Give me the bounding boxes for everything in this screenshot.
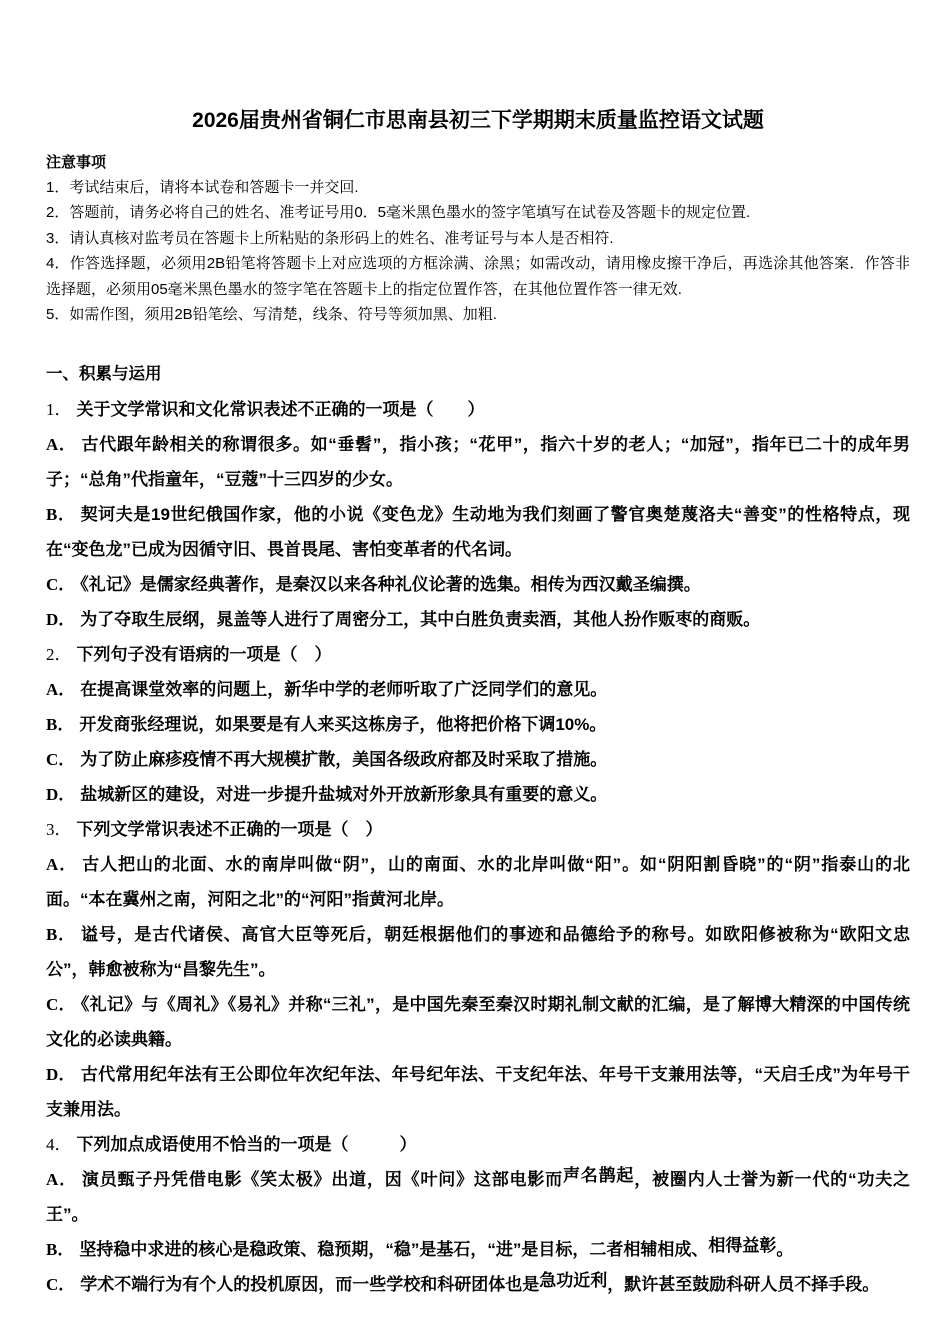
option-label-b: B． — [46, 925, 81, 944]
question-2-option-c: C．为了防止麻疹疫情不再大规模扩散，美国各级政府都及时采取了措施。 — [46, 742, 910, 777]
emphasis-idiom: 声名鹊起 — [563, 1166, 634, 1185]
question-4-stem-text: 下列加点成语使用不恰当的一项是（ ） — [77, 1135, 417, 1154]
exam-paper-page: 2026届贵州省铜仁市思南县初三下学期期末质量监控语文试题 注意事项 1．考试结… — [0, 0, 950, 1344]
option-text: 《礼记》是儒家经典著作，是秦汉以来各种礼仪论著的选集。相传为西汉戴圣编撰。 — [80, 575, 701, 594]
option-text: 《礼记》与《周礼》《易礼》并称“三礼”，是中国先秦至秦汉时期礼制文献的汇编，是了… — [46, 995, 910, 1049]
option-text: 谥号，是古代诸侯、高官大臣等死后，朝廷根据他们的事迹和品德给予的称号。如欧阳修被… — [46, 925, 910, 979]
question-2-option-d: D．盐城新区的建设，对进一步提升盐城对外开放新形象具有重要的意义。 — [46, 777, 910, 812]
option-label-a: A． — [46, 1170, 82, 1189]
option-label-a: A． — [46, 680, 80, 699]
question-3-option-c: C．《礼记》与《周礼》《易礼》并称“三礼”，是中国先秦至秦汉时期礼制文献的汇编，… — [46, 987, 910, 1057]
option-text: 古代跟年龄相关的称谓很多。如“垂髫”，指小孩；“花甲”，指六十岁的老人；“加冠”… — [46, 435, 910, 489]
question-2-option-a: A．在提高课堂效率的问题上，新华中学的老师听取了广泛同学们的意见。 — [46, 672, 910, 707]
notice-item-3: 3．请认真核对监考员在答题卡上所粘贴的条形码上的姓名、准考证号与本人是否相符. — [46, 226, 910, 251]
question-4-number: 4． — [46, 1135, 77, 1154]
question-3-stem: 3．下列文学常识表述不正确的一项是（ ） — [46, 812, 910, 847]
option-text: 为了夺取生辰纲，晁盖等人进行了周密分工，其中白胜负责卖酒，其他人扮作贩枣的商贩。 — [80, 610, 760, 629]
option-label-d: D． — [46, 610, 80, 629]
question-2-stem: 2．下列句子没有语病的一项是（ ） — [46, 637, 910, 672]
option-text: 演员甄子丹凭借电影《笑太极》出道，因《叶问》这部电影而 — [82, 1170, 563, 1189]
notice-item-1: 1．考试结束后，请将本试卷和答题卡一并交回. — [46, 175, 910, 200]
option-text: 在提高课堂效率的问题上，新华中学的老师听取了广泛同学们的意见。 — [80, 680, 607, 699]
exam-title: 2026届贵州省铜仁市思南县初三下学期期末质量监控语文试题 — [46, 106, 910, 136]
option-text: 。 — [776, 1240, 793, 1259]
question-1-option-a: A．古代跟年龄相关的称谓很多。如“垂髫”，指小孩；“花甲”，指六十岁的老人；“加… — [46, 427, 910, 497]
question-3-option-d: D．古代常用纪年法有王公即位年次纪年法、年号纪年法、干支纪年法、年号干支兼用法等… — [46, 1057, 910, 1127]
option-label-a: A． — [46, 855, 82, 874]
option-text: 学术不端行为有个人的投机原因，而一些学校和科研团体也是 — [80, 1275, 539, 1294]
option-text: ，默许甚至鼓励科研人员不择手段。 — [607, 1275, 879, 1294]
option-text: 开发商张经理说，如果要是有人来买这栋房子，他将把价格下调10%。 — [79, 715, 606, 734]
emphasis-idiom: 相得益彰 — [708, 1236, 776, 1255]
option-label-c: C． — [46, 750, 80, 769]
option-text: 古人把山的北面、水的南岸叫做“阴”，山的南面、水的北岸叫做“阳”。如“阴阳割昏晓… — [46, 855, 910, 909]
notice-section: 注意事项 1．考试结束后，请将本试卷和答题卡一并交回. 2．答题前，请务必将自己… — [46, 150, 910, 327]
notice-item-4: 4．作答选择题，必须用2B铅笔将答题卡上对应选项的方框涂满、涂黑；如需改动，请用… — [46, 251, 910, 302]
option-label-c: C． — [46, 995, 81, 1014]
question-1-stem: 1．关于文学常识和文化常识表述不正确的一项是（ ） — [46, 392, 910, 427]
question-2-stem-text: 下列句子没有语病的一项是（ ） — [77, 645, 332, 664]
notice-item-5: 5．如需作图，须用2B铅笔绘、写清楚，线条、符号等须加黑、加粗. — [46, 302, 910, 327]
question-4-option-a: A．演员甄子丹凭借电影《笑太极》出道，因《叶问》这部电影而声名鹊起，被圈内人士誉… — [46, 1162, 910, 1232]
option-label-c: C． — [46, 1275, 80, 1294]
question-1-number: 1． — [46, 400, 77, 419]
option-text: 为了防止麻疹疫情不再大规模扩散，美国各级政府都及时采取了措施。 — [80, 750, 607, 769]
question-4-stem: 4．下列加点成语使用不恰当的一项是（ ） — [46, 1127, 910, 1162]
question-1-option-d: D．为了夺取生辰纲，晁盖等人进行了周密分工，其中白胜负责卖酒，其他人扮作贩枣的商… — [46, 602, 910, 637]
option-text: 契诃夫是19世纪俄国作家，他的小说《变色龙》生动地为我们刻画了警官奥楚蔑洛夫“善… — [46, 505, 910, 559]
option-text: 盐城新区的建设，对进一步提升盐城对外开放新形象具有重要的意义。 — [80, 785, 607, 804]
option-label-c: C． — [46, 575, 80, 594]
option-label-b: B． — [46, 1240, 79, 1259]
question-3-stem-text: 下列文学常识表述不正确的一项是（ ） — [77, 820, 383, 839]
emphasis-idiom: 急功近利 — [539, 1271, 607, 1290]
question-2-option-b: B．开发商张经理说，如果要是有人来买这栋房子，他将把价格下调10%。 — [46, 707, 910, 742]
option-text: 坚持稳中求进的核心是稳政策、稳预期，“稳”是基石，“进”是目标，二者相辅相成、 — [79, 1240, 708, 1259]
question-4-option-c: C．学术不端行为有个人的投机原因，而一些学校和科研团体也是急功近利，默许甚至鼓励… — [46, 1267, 910, 1302]
question-1-option-c: C．《礼记》是儒家经典著作，是秦汉以来各种礼仪论著的选集。相传为西汉戴圣编撰。 — [46, 567, 910, 602]
notice-item-2: 2．答题前，请务必将自己的姓名、准考证号用0．5毫米黑色墨水的签字笔填写在试卷及… — [46, 200, 910, 225]
question-1-stem-text: 关于文学常识和文化常识表述不正确的一项是（ ） — [77, 400, 485, 419]
question-3-option-a: A．古人把山的北面、水的南岸叫做“阴”，山的南面、水的北岸叫做“阳”。如“阴阳割… — [46, 847, 910, 917]
question-2-number: 2． — [46, 645, 77, 664]
option-label-d: D． — [46, 785, 80, 804]
option-text: 古代常用纪年法有王公即位年次纪年法、年号纪年法、干支纪年法、年号干支兼用法等，“… — [46, 1065, 910, 1119]
section-heading: 一、积累与运用 — [46, 357, 910, 392]
option-label-b: B． — [46, 505, 81, 524]
question-4-option-b: B．坚持稳中求进的核心是稳政策、稳预期，“稳”是基石，“进”是目标，二者相辅相成… — [46, 1232, 910, 1267]
notice-heading: 注意事项 — [46, 150, 910, 175]
question-3-number: 3． — [46, 820, 77, 839]
question-3-option-b: B．谥号，是古代诸侯、高官大臣等死后，朝廷根据他们的事迹和品德给予的称号。如欧阳… — [46, 917, 910, 987]
option-label-a: A． — [46, 435, 82, 454]
option-label-d: D． — [46, 1065, 81, 1084]
option-label-b: B． — [46, 715, 79, 734]
question-1-option-b: B．契诃夫是19世纪俄国作家，他的小说《变色龙》生动地为我们刻画了警官奥楚蔑洛夫… — [46, 497, 910, 567]
